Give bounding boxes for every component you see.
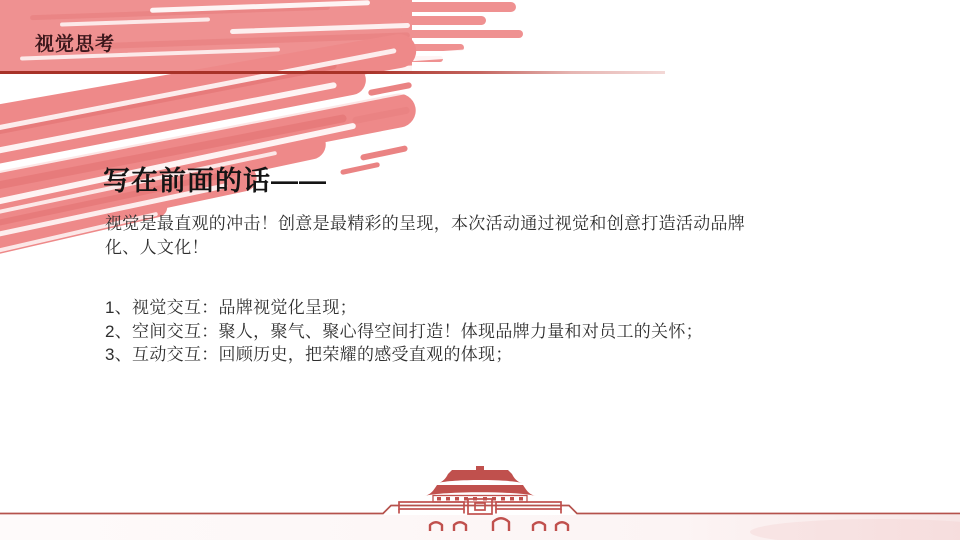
tiananmen-gate-icon bbox=[0, 462, 960, 540]
list-item: 3、互动交互：回顾历史，把荣耀的感受直观的体现； bbox=[105, 343, 765, 367]
header-divider bbox=[0, 71, 665, 74]
list-item: 1、视觉交互：品牌视觉化呈现； bbox=[105, 296, 765, 320]
bullet-list: 1、视觉交互：品牌视觉化呈现； 2、空间交互：聚人，聚气、聚心得空间打造！体现品… bbox=[105, 296, 765, 367]
list-item: 2、空间交互：聚人，聚气、聚心得空间打造！体现品牌力量和对员工的关怀； bbox=[105, 320, 765, 344]
section-title: 写在前面的话—— bbox=[103, 159, 327, 198]
page-title: 视觉思考 bbox=[35, 29, 115, 56]
intro-paragraph: 视觉是最直观的冲击！创意是最精彩的呈现，本次活动通过视觉和创意打造活动品牌化、人… bbox=[105, 212, 747, 260]
slide: 视觉思考 写在前面的话—— 视觉是最直观的冲击！创意是最精彩的呈现，本次活动通过… bbox=[0, 0, 960, 540]
